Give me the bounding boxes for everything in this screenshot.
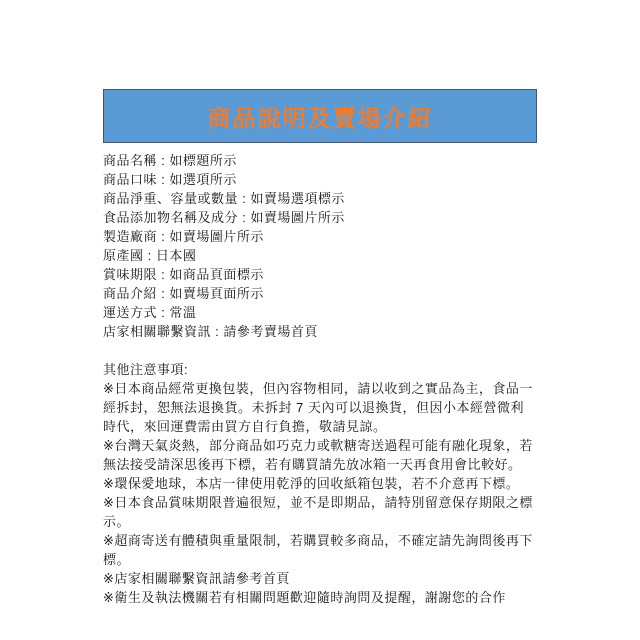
detail-line-flavor: 商品口味 : 如選項所示	[103, 170, 537, 189]
note-item-short-shelf-life: ※日本食品賞味期限普遍很短，並不是即期品，請特別留意保存期限之標示。	[103, 493, 537, 531]
notes-heading: 其他注意事項:	[103, 360, 537, 379]
detail-line-seller-contact: 店家相關聯繫資訊 : 請參考賣場首頁	[103, 322, 537, 341]
banner-title: 商品說明及賣場介紹	[208, 100, 433, 133]
detail-line-product-name: 商品名稱 : 如標題所示	[103, 151, 537, 170]
notes-section: 其他注意事項: ※日本商品經常更換包裝，但內容物相同，請以收到之實品為主，食品一…	[103, 360, 537, 607]
note-item-recycled-boxes: ※環保愛地球，本店一律使用乾淨的回收紙箱包裝，若不介意再下標。	[103, 474, 537, 493]
product-description-page: 商品說明及賣場介紹 商品名稱 : 如標題所示 商品口味 : 如選項所示 商品淨重…	[103, 0, 537, 607]
detail-line-introduction: 商品介紹 : 如賣場頁面所示	[103, 284, 537, 303]
detail-line-origin-country: 原產國 : 日本國	[103, 246, 537, 265]
detail-line-net-weight: 商品淨重、容量或數量 : 如賣場選項標示	[103, 189, 537, 208]
detail-line-best-before: 賞味期限 : 如商品頁面標示	[103, 265, 537, 284]
detail-line-shipping-method: 運送方式 : 常溫	[103, 303, 537, 322]
detail-line-additives: 食品添加物名稱及成分 : 如賣場圖片所示	[103, 208, 537, 227]
section-header-banner: 商品說明及賣場介紹	[103, 89, 537, 143]
detail-line-manufacturer: 製造廠商 : 如賣場圖片所示	[103, 227, 537, 246]
note-item-authority-inquiry: ※衛生及執法機關若有相關問題歡迎隨時詢問及提醒，謝謝您的合作	[103, 588, 537, 607]
note-item-packaging-returns: ※日本商品經常更換包裝，但內容物相同，請以收到之實品為主，食品一經拆封，恕無法退…	[103, 379, 537, 436]
note-item-seller-contact-ref: ※店家相關聯繫資訊請參考首頁	[103, 569, 537, 588]
product-details-list: 商品名稱 : 如標題所示 商品口味 : 如選項所示 商品淨重、容量或數量 : 如…	[103, 151, 537, 341]
note-item-melting-warning: ※台灣天氣炎熱，部分商品如巧克力或軟糖寄送過程可能有融化現象，若無法接受請深思後…	[103, 436, 537, 474]
note-item-store-shipping-limit: ※超商寄送有體積與重量限制，若購買較多商品，不確定請先詢問後再下標。	[103, 531, 537, 569]
